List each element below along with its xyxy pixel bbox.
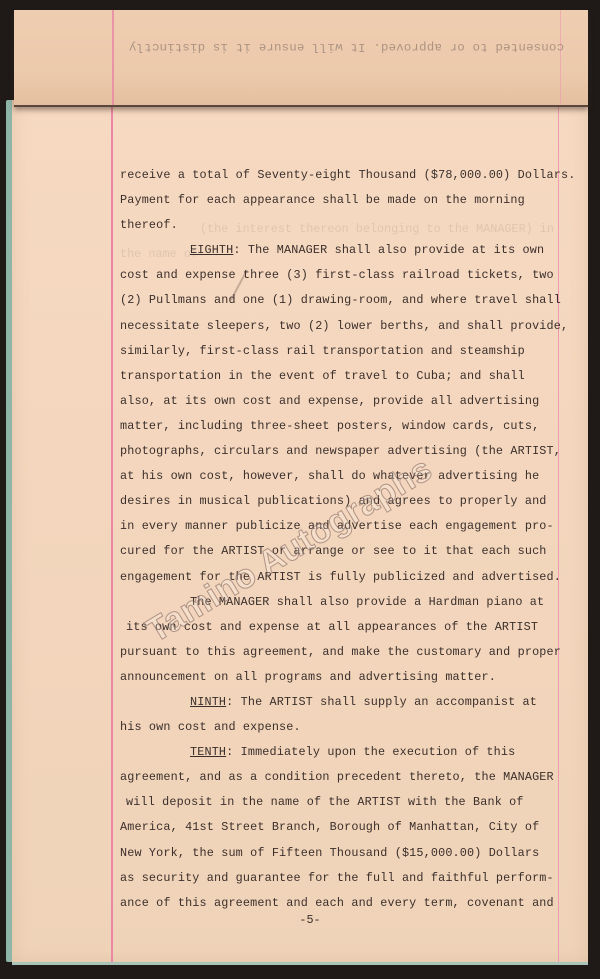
text-line: similarly, first-class rail transportati…: [120, 339, 590, 364]
text-line: cost and expense three (3) first-class r…: [120, 263, 590, 288]
text-line: cured for the ARTIST or arrange or see t…: [120, 539, 590, 564]
clause-heading-ninth: NINTH: [190, 695, 226, 709]
text-line: matter, including three-sheet posters, w…: [120, 414, 590, 439]
text-line: will deposit in the name of the ARTIST w…: [120, 790, 590, 815]
text-line: at his own cost, however, shall do whate…: [120, 464, 590, 489]
document-scan: consented to or approved. It will ensure…: [0, 0, 600, 979]
clause-heading-line: NINTH: The ARTIST shall supply an accomp…: [120, 690, 590, 715]
text-line: thereof.: [120, 213, 590, 238]
text-line: as security and guarantee for the full a…: [120, 866, 590, 891]
text-line: transportation in the event of travel to…: [120, 364, 590, 389]
text-line: also, at its own cost and expense, provi…: [120, 389, 590, 414]
text-segment: : The MANAGER shall also provide at its …: [233, 243, 544, 257]
clause-heading-eighth: EIGHTH: [190, 243, 233, 257]
flap-reversed-text: consented to or approved. It will ensure…: [124, 40, 564, 54]
text-line: pursuant to this agreement, and make the…: [120, 640, 590, 665]
text-line: receive a total of Seventy-eight Thousan…: [120, 163, 590, 188]
text-line: necessitate sleepers, two (2) lower bert…: [120, 314, 590, 339]
text-line: America, 41st Street Branch, Borough of …: [120, 815, 590, 840]
text-segment: : Immediately upon the execution of this: [226, 745, 515, 759]
flap-margin-line-right: [560, 10, 561, 105]
text-line: agreement, and as a condition precedent …: [120, 765, 590, 790]
text-line: Payment for each appearance shall be mad…: [120, 188, 590, 213]
folded-top-flap: consented to or approved. It will ensure…: [14, 10, 588, 107]
paper-bottom-edge: [12, 962, 588, 965]
text-line: announcement on all programs and adverti…: [120, 665, 590, 690]
clause-heading-line: TENTH: Immediately upon the execution of…: [120, 740, 590, 765]
clause-heading-tenth: TENTH: [190, 745, 226, 759]
text-line: photographs, circulars and newspaper adv…: [120, 439, 590, 464]
text-segment: : The ARTIST shall supply an accompanist…: [226, 695, 537, 709]
flap-margin-line-left: [112, 10, 114, 105]
page-number: -5-: [0, 913, 600, 927]
text-line: his own cost and expense.: [120, 715, 590, 740]
typed-body-text: receive a total of Seventy-eight Thousan…: [120, 163, 590, 916]
text-line: (2) Pullmans and one (1) drawing-room, a…: [120, 288, 590, 313]
clause-heading-line: EIGHTH: The MANAGER shall also provide a…: [120, 238, 590, 263]
text-line: New York, the sum of Fifteen Thousand ($…: [120, 841, 590, 866]
margin-line-left: [111, 100, 113, 963]
